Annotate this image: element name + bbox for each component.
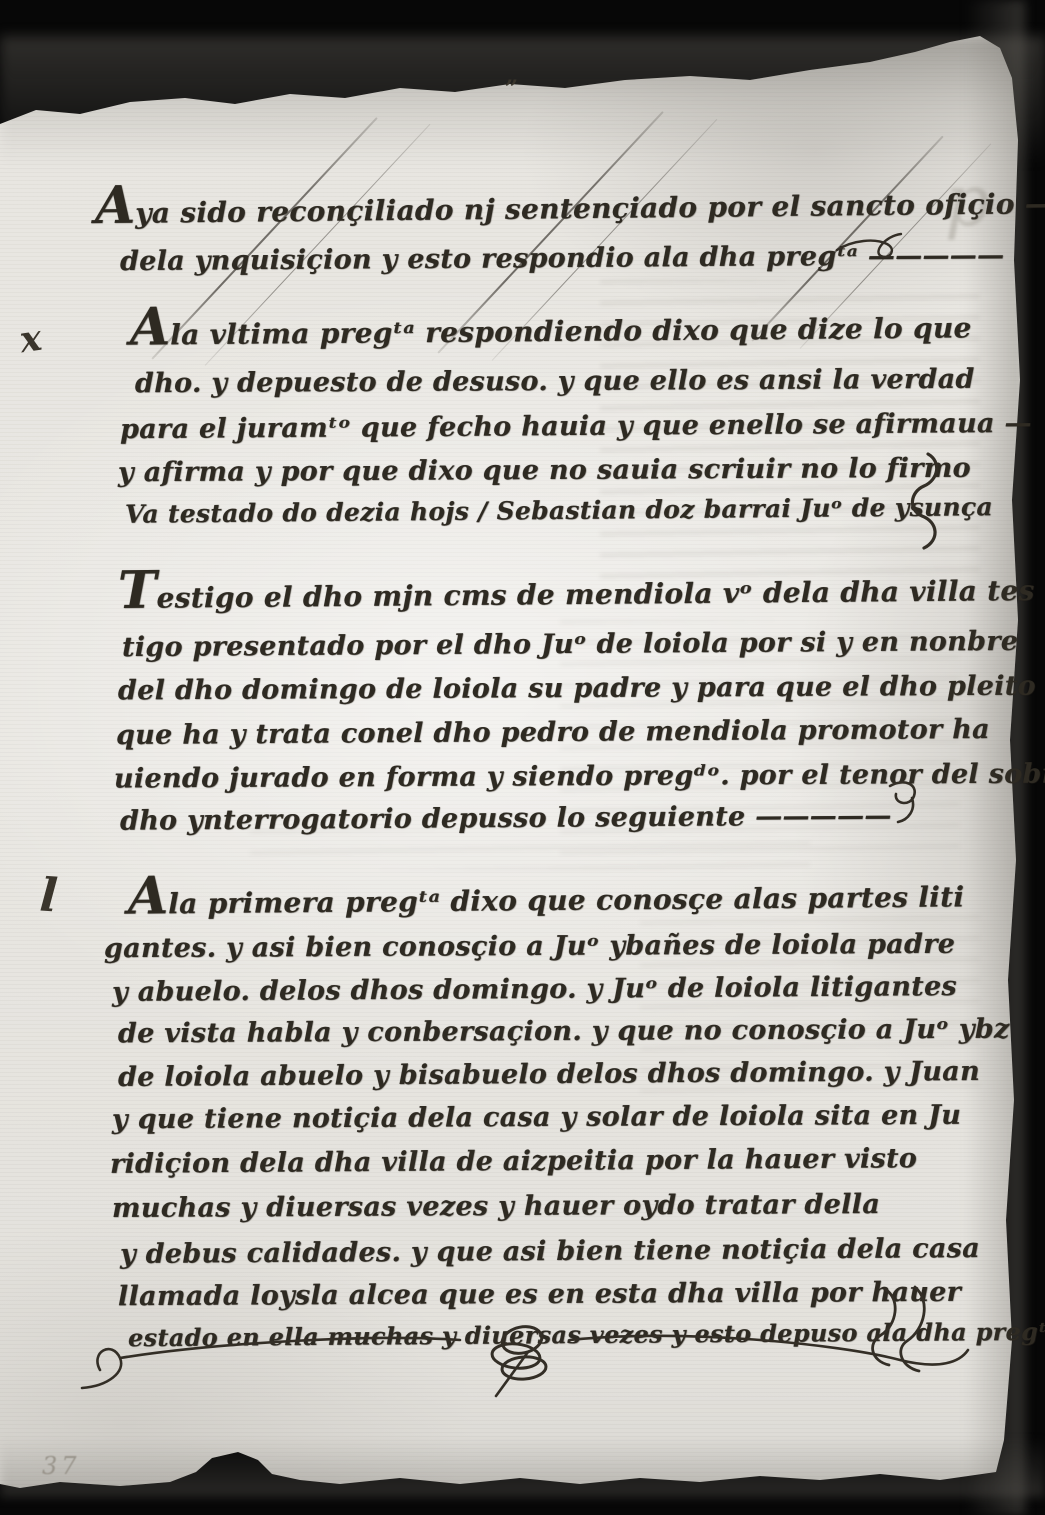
manuscript-line: y debus calidades. y que asi bien tiene … (120, 1233, 980, 1270)
knot-rubric (478, 1318, 568, 1398)
manuscript-line: dho. y depuesto de desuso. y que ello es… (135, 364, 975, 399)
manuscript-line: y que tiene notiçia dela casa y solar de… (112, 1100, 961, 1135)
scanned-manuscript-page: p ” Aya sido reconçiliado nj sentençiado… (0, 0, 1045, 1515)
ditto-mark: ” (505, 76, 518, 102)
bleed-through-patch (250, 830, 810, 870)
paragraph-end-rubric (882, 776, 927, 826)
bottom-edge-shadow (0, 1437, 1045, 1497)
manuscript-line: del dho domingo de loiola su padre y par… (118, 671, 1036, 707)
manuscript-line: dho ynterrogatorio depusso lo seguiente … (120, 800, 892, 836)
manuscript-line: de loiola abuelo y bisabuelo delos dhos … (118, 1056, 980, 1093)
notary-flourish (898, 452, 948, 552)
margin-stroke-mark: l (38, 867, 59, 922)
manuscript-line: de vista habla y conbersaçion. y que no … (118, 1014, 1010, 1050)
manuscript-line: tigo presentado por el dho Juᵒ de loiola… (122, 626, 1019, 663)
paragraph-end-rubric (835, 228, 905, 268)
manuscript-line: para el juramᵗᵒ que fecho hauia y que en… (120, 408, 1032, 445)
manuscript-line: que ha y trata conel dho pedro de mendio… (116, 714, 990, 751)
manuscript-line: y abuelo. delos dhos domingo. y Juᵒ de l… (112, 971, 957, 1008)
manuscript-line: gantes. y asi bien conosçio a Juᵒ ybañes… (104, 929, 955, 964)
manuscript-line: muchas y diuersas vezes y hauer oydo tra… (112, 1189, 880, 1224)
end-flourish (845, 1285, 945, 1375)
folio-number: 37 (42, 1452, 81, 1480)
manuscript-line: ridiçion dela dha villa de aizpeitia por… (110, 1143, 917, 1180)
top-edge-shadow (0, 36, 1045, 166)
manuscript-line: y afirma y por que dixo que no sauia scr… (118, 453, 971, 488)
